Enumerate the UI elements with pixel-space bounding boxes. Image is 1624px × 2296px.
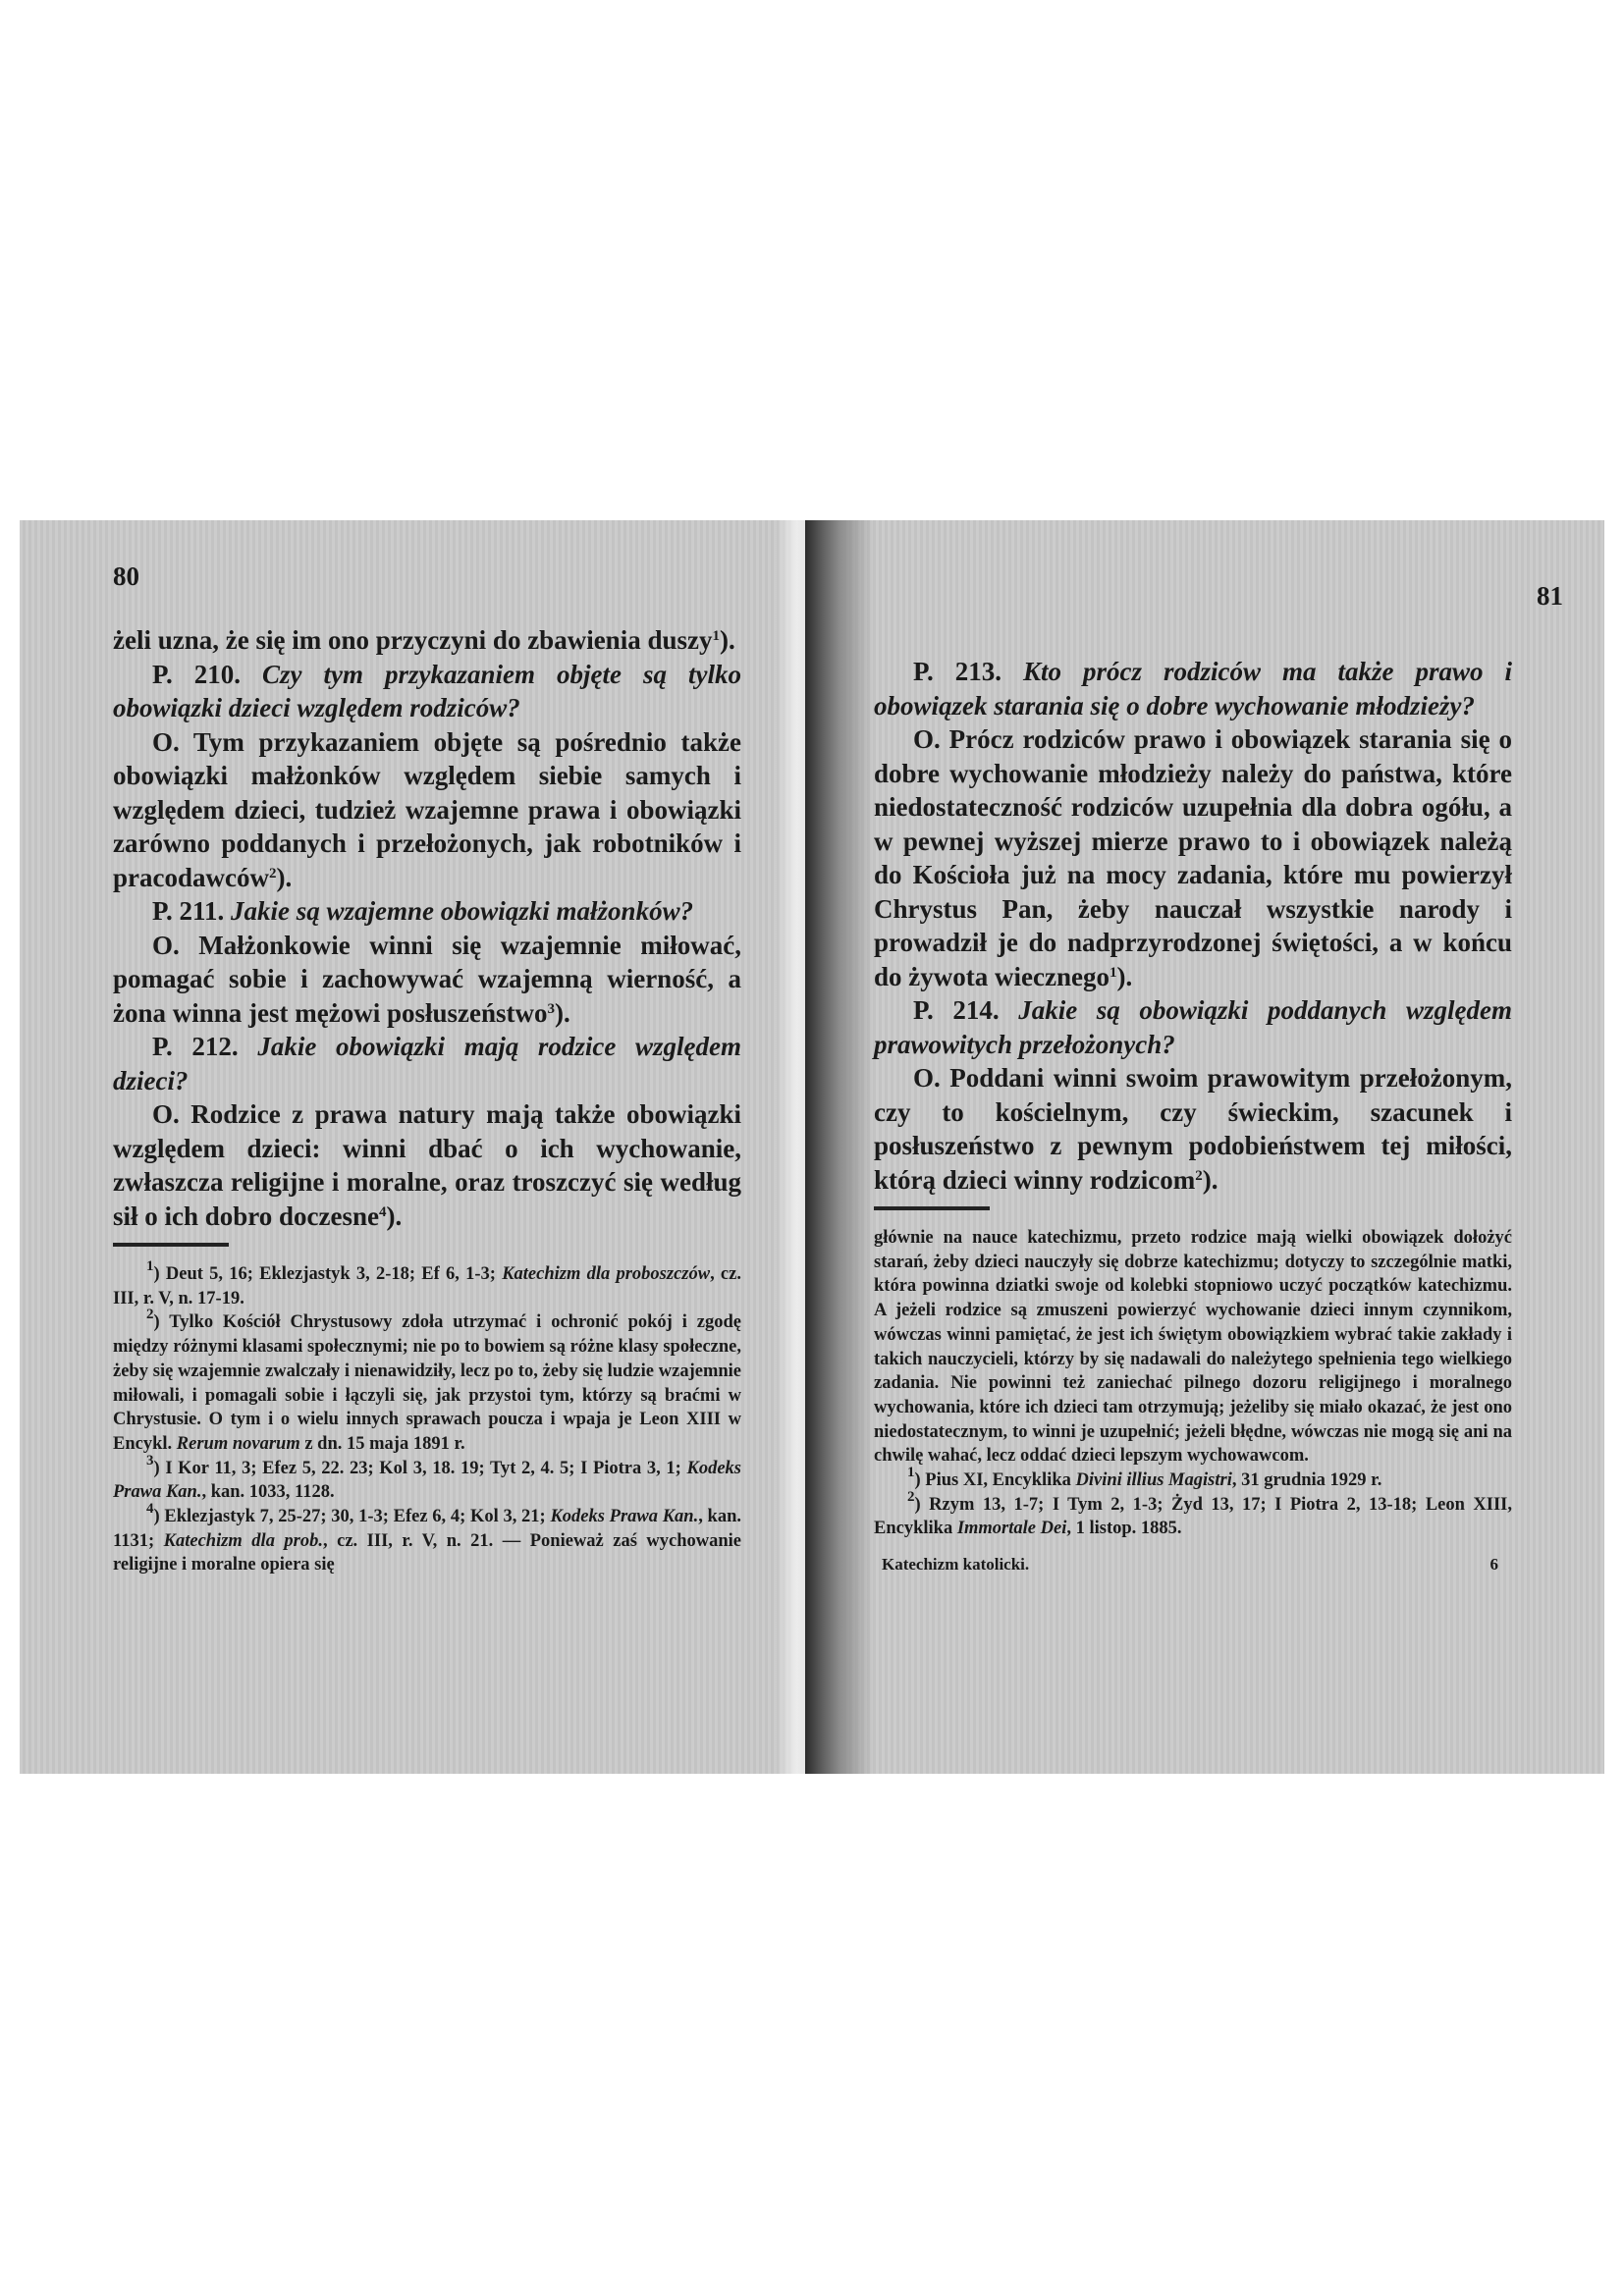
- footnote-text: I Kor 11, 3; Efez 5, 22. 23; Kol 3, 18. …: [165, 1459, 686, 1478]
- signature-mark: 6: [1490, 1555, 1499, 1575]
- answer: O. Prócz rodziców prawo i obowiązek star…: [874, 722, 1512, 993]
- question-number: P. 211.: [152, 896, 231, 926]
- footnote: 3) I Kor 11, 3; Efez 5, 22. 23; Kol 3, 1…: [113, 1457, 741, 1505]
- gutter-shadow: [805, 520, 874, 1774]
- question: P. 211. Jakie są wzajemne obowiązki małż…: [113, 894, 741, 929]
- footnote: 2) Rzym 13, 1-7; I Tym 2, 1-3; Żyd 13, 1…: [874, 1493, 1512, 1541]
- carryover-paragraph: żeli uzna, że się im ono przyczyni do zb…: [113, 623, 741, 658]
- right-page-text-column: P. 213. Kto prócz rodziców ma także praw…: [874, 655, 1512, 1575]
- footnote-text: Katechizm dla prob.: [164, 1531, 323, 1551]
- footnote-paren: ): [154, 1312, 170, 1332]
- answer-tail: ).: [387, 1201, 403, 1231]
- question: P. 210. Czy tym przykazaniem objęte są t…: [113, 658, 741, 725]
- footnote-text: Rerum novarum: [177, 1434, 300, 1454]
- answer: O. Poddani winni swoim prawowitym przeło…: [874, 1061, 1512, 1197]
- footnote-text: , 1 listop. 1885.: [1066, 1519, 1181, 1538]
- footnote: 2) Tylko Kościół Chrystusowy zdoła utrzy…: [113, 1310, 741, 1456]
- signature-line: Katechizm katolicki. 6: [874, 1555, 1512, 1575]
- answer-text: O. Małżonkowie winni się wzajemnie miłow…: [113, 931, 741, 1028]
- footnote-mark: 2: [907, 1489, 915, 1505]
- answer-tail: ).: [1203, 1165, 1218, 1195]
- left-qa-entries: P. 210. Czy tym przykazaniem objęte są t…: [113, 658, 741, 1234]
- answer-text: O. Tym przykazaniem objęte są pośrednio …: [113, 727, 741, 892]
- footnote-rule: [113, 1243, 229, 1247]
- footnote-text: , 31 grudnia 1929 r.: [1232, 1470, 1381, 1490]
- question: P. 214. Jakie są obowiązki poddanych wzg…: [874, 993, 1512, 1061]
- answer-tail: ).: [276, 863, 292, 892]
- footnote-mark: 1: [146, 1258, 154, 1274]
- footnote: 4) Eklezjastyk 7, 25-27; 30, 1-3; Efez 6…: [113, 1505, 741, 1577]
- book-scan: 80 żeli uzna, że się im ono przyczyni do…: [20, 520, 1604, 1774]
- question-number: P. 214.: [913, 995, 1018, 1025]
- footnote-paren: ): [915, 1495, 930, 1515]
- footnote-text: Tylko Kościół Chrystusowy zdoła utrzymać…: [113, 1312, 741, 1454]
- answer-text: O. Poddani winni swoim prawowitym przeło…: [874, 1063, 1512, 1195]
- footnote: 1) Deut 5, 16; Eklezjastyk 3, 2-18; Ef 6…: [113, 1262, 741, 1310]
- page-81: 81 P. 213. Kto prócz rodziców ma także p…: [805, 520, 1604, 1774]
- page-number-left: 80: [113, 561, 139, 592]
- footnote: 1) Pius XI, Encyklika Divini illius Magi…: [874, 1468, 1512, 1493]
- footnote-mark: 3: [146, 1453, 154, 1468]
- answer: O. Małżonkowie winni się wzajemnie miłow…: [113, 929, 741, 1031]
- footnote-text: , kan. 1033, 1128.: [201, 1482, 334, 1502]
- footnote-text: Deut 5, 16; Eklezjastyk 3, 2-18; Ef 6, 1…: [166, 1264, 502, 1284]
- question-number: P. 213.: [913, 657, 1023, 686]
- footnote-mark: 4: [146, 1501, 154, 1517]
- answer-tail: ).: [555, 998, 570, 1028]
- answer-text: O. Prócz rodziców prawo i obowiązek star…: [874, 724, 1512, 991]
- footnote-text: Eklezjastyk 7, 25-27; 30, 1-3; Efez 6, 4…: [164, 1507, 550, 1526]
- footnote-rule: [874, 1206, 990, 1210]
- footnote-text: Kodeks Prawa Kan.: [550, 1507, 698, 1526]
- footnote-paren: ): [154, 1264, 166, 1284]
- question-number: P. 210.: [152, 660, 262, 689]
- page-number-right: 81: [1537, 581, 1563, 612]
- left-page-text-column: żeli uzna, że się im ono przyczyni do zb…: [113, 623, 741, 1577]
- footnote-paren: ): [915, 1470, 926, 1490]
- footnote-mark: 2: [146, 1307, 154, 1322]
- right-qa-entries: P. 213. Kto prócz rodziców ma także praw…: [874, 655, 1512, 1197]
- footnote-text: Immortale Dei: [957, 1519, 1067, 1538]
- footnote-text: Katechizm dla proboszczów: [502, 1264, 710, 1284]
- footnote-ref: 4: [379, 1204, 387, 1220]
- footnote-ref: 2: [1195, 1168, 1203, 1184]
- footnote-ref: 3: [548, 1001, 556, 1017]
- footnote-paren: ): [154, 1507, 165, 1526]
- left-main-text: żeli uzna, że się im ono przyczyni do zb…: [113, 623, 741, 1233]
- answer-text: O. Rodzice z prawa natury mają także obo…: [113, 1099, 741, 1231]
- gutter-highlight: [776, 520, 805, 1774]
- footnote-continuation: głównie na nauce katechizmu, przeto rodz…: [874, 1226, 1512, 1468]
- footnote-paren: ): [154, 1459, 166, 1478]
- question-number: P. 212.: [152, 1032, 257, 1061]
- left-footnotes: 1) Deut 5, 16; Eklezjastyk 3, 2-18; Ef 6…: [113, 1262, 741, 1577]
- answer: O. Rodzice z prawa natury mają także obo…: [113, 1097, 741, 1233]
- footnote-mark: 1: [907, 1465, 915, 1480]
- page-80: 80 żeli uzna, że się im ono przyczyni do…: [20, 520, 805, 1774]
- question-text: Jakie są wzajemne obowiązki małżonków?: [231, 896, 693, 926]
- question: P. 212. Jakie obowiązki mają rodzice wzg…: [113, 1030, 741, 1097]
- right-footnotes: głównie na nauce katechizmu, przeto rodz…: [874, 1226, 1512, 1541]
- footnote-text: Divini illius Magistri: [1075, 1470, 1231, 1490]
- answer-tail: ).: [1116, 962, 1132, 991]
- answer: O. Tym przykazaniem objęte są pośrednio …: [113, 725, 741, 895]
- signature-title: Katechizm katolicki.: [882, 1555, 1029, 1575]
- question: P. 213. Kto prócz rodziców ma także praw…: [874, 655, 1512, 722]
- footnote-text: Pius XI, Encyklika: [925, 1470, 1075, 1490]
- footnote-text: z dn. 15 maja 1891 r.: [300, 1434, 465, 1454]
- footnote-ref: 1: [712, 628, 720, 644]
